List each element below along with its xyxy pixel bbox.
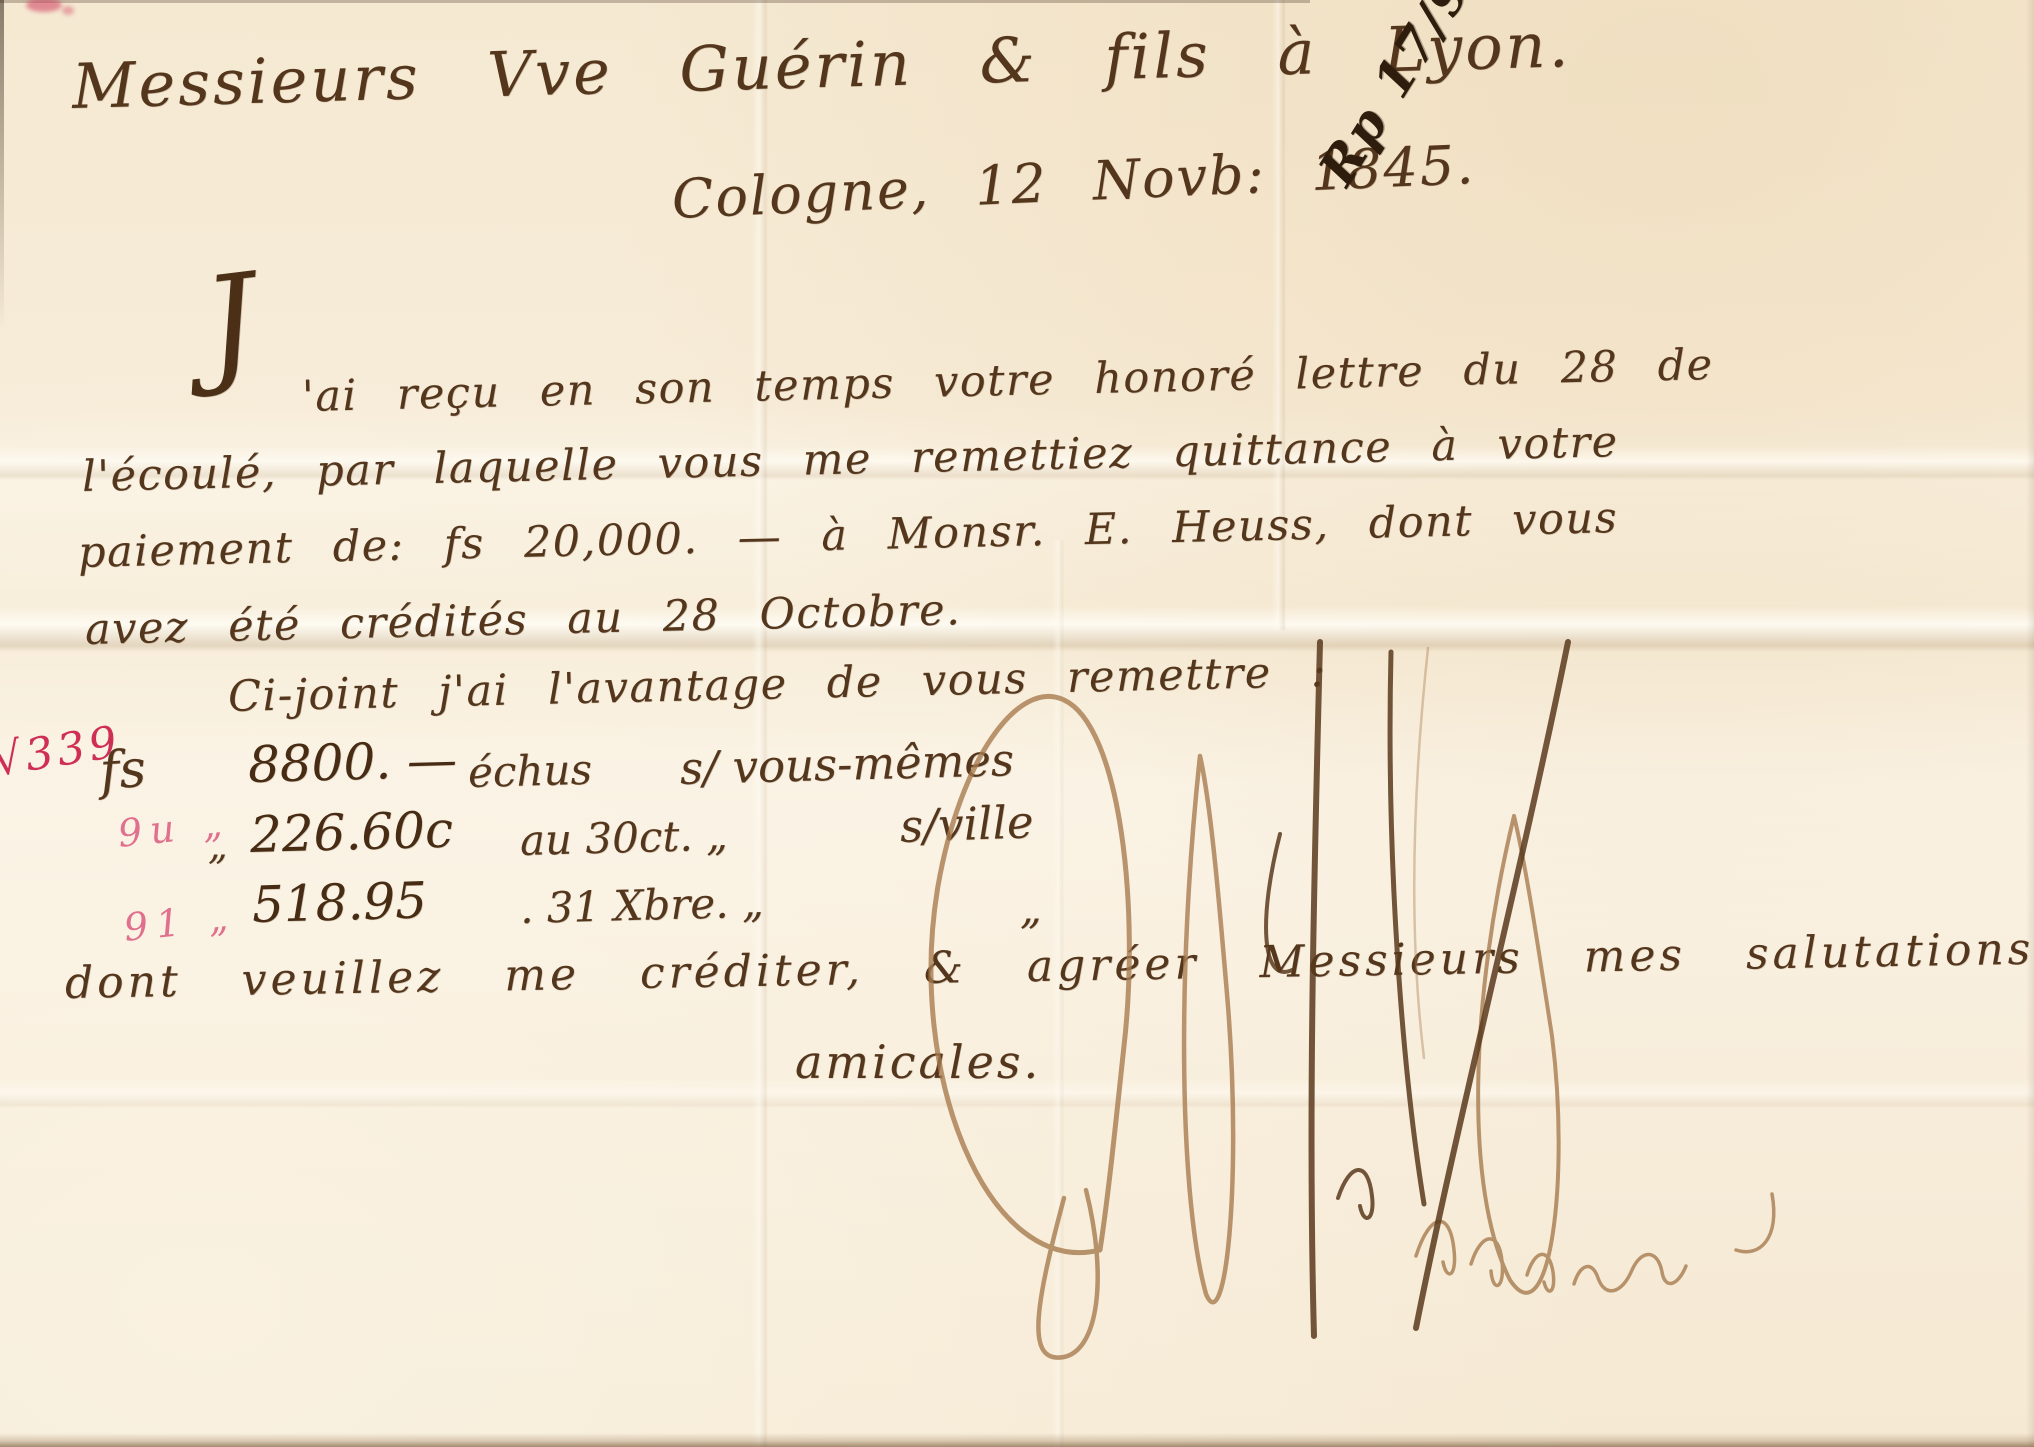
body-line-3: paiement de: fs 20,000. — à Monsr. E. He… bbox=[77, 493, 1618, 578]
remittance-1-due: échus bbox=[467, 745, 592, 797]
letter-page: Messieurs Vve Guérin & fils à Lyon. Colo… bbox=[0, 0, 2034, 1447]
remittance-2-amount: 226.60c bbox=[249, 801, 453, 864]
remittance-2-due: au 30ct. „ bbox=[519, 811, 728, 865]
scan-edge-right bbox=[2026, 0, 2034, 1447]
scan-edge-bottom bbox=[0, 1433, 2034, 1447]
signature-flourish bbox=[868, 638, 1803, 1383]
body-line-4: avez été crédités au 28 Octobre. bbox=[84, 585, 961, 655]
remittance-3-due: . 31 Xbre. „ bbox=[519, 878, 764, 933]
signature-light-strokes bbox=[931, 648, 1774, 1358]
scan-edge-left bbox=[0, 0, 4, 330]
red-ink-smudge bbox=[62, 6, 74, 15]
remittance-1-amount: 8800. — bbox=[247, 731, 457, 794]
scan-edge-top bbox=[0, 0, 1310, 3]
margin-note-91: 91 „ bbox=[122, 894, 238, 949]
body-line-1: 'ai reçu en son temps votre honoré lettr… bbox=[301, 340, 1714, 422]
paragraph-initial: J bbox=[196, 246, 265, 400]
body-line-2: l'écoulé, par laquelle vous me remettiez… bbox=[81, 417, 1619, 502]
remittance-3-amount: 518.95 bbox=[251, 871, 427, 934]
red-ink-smudge bbox=[26, 0, 62, 12]
